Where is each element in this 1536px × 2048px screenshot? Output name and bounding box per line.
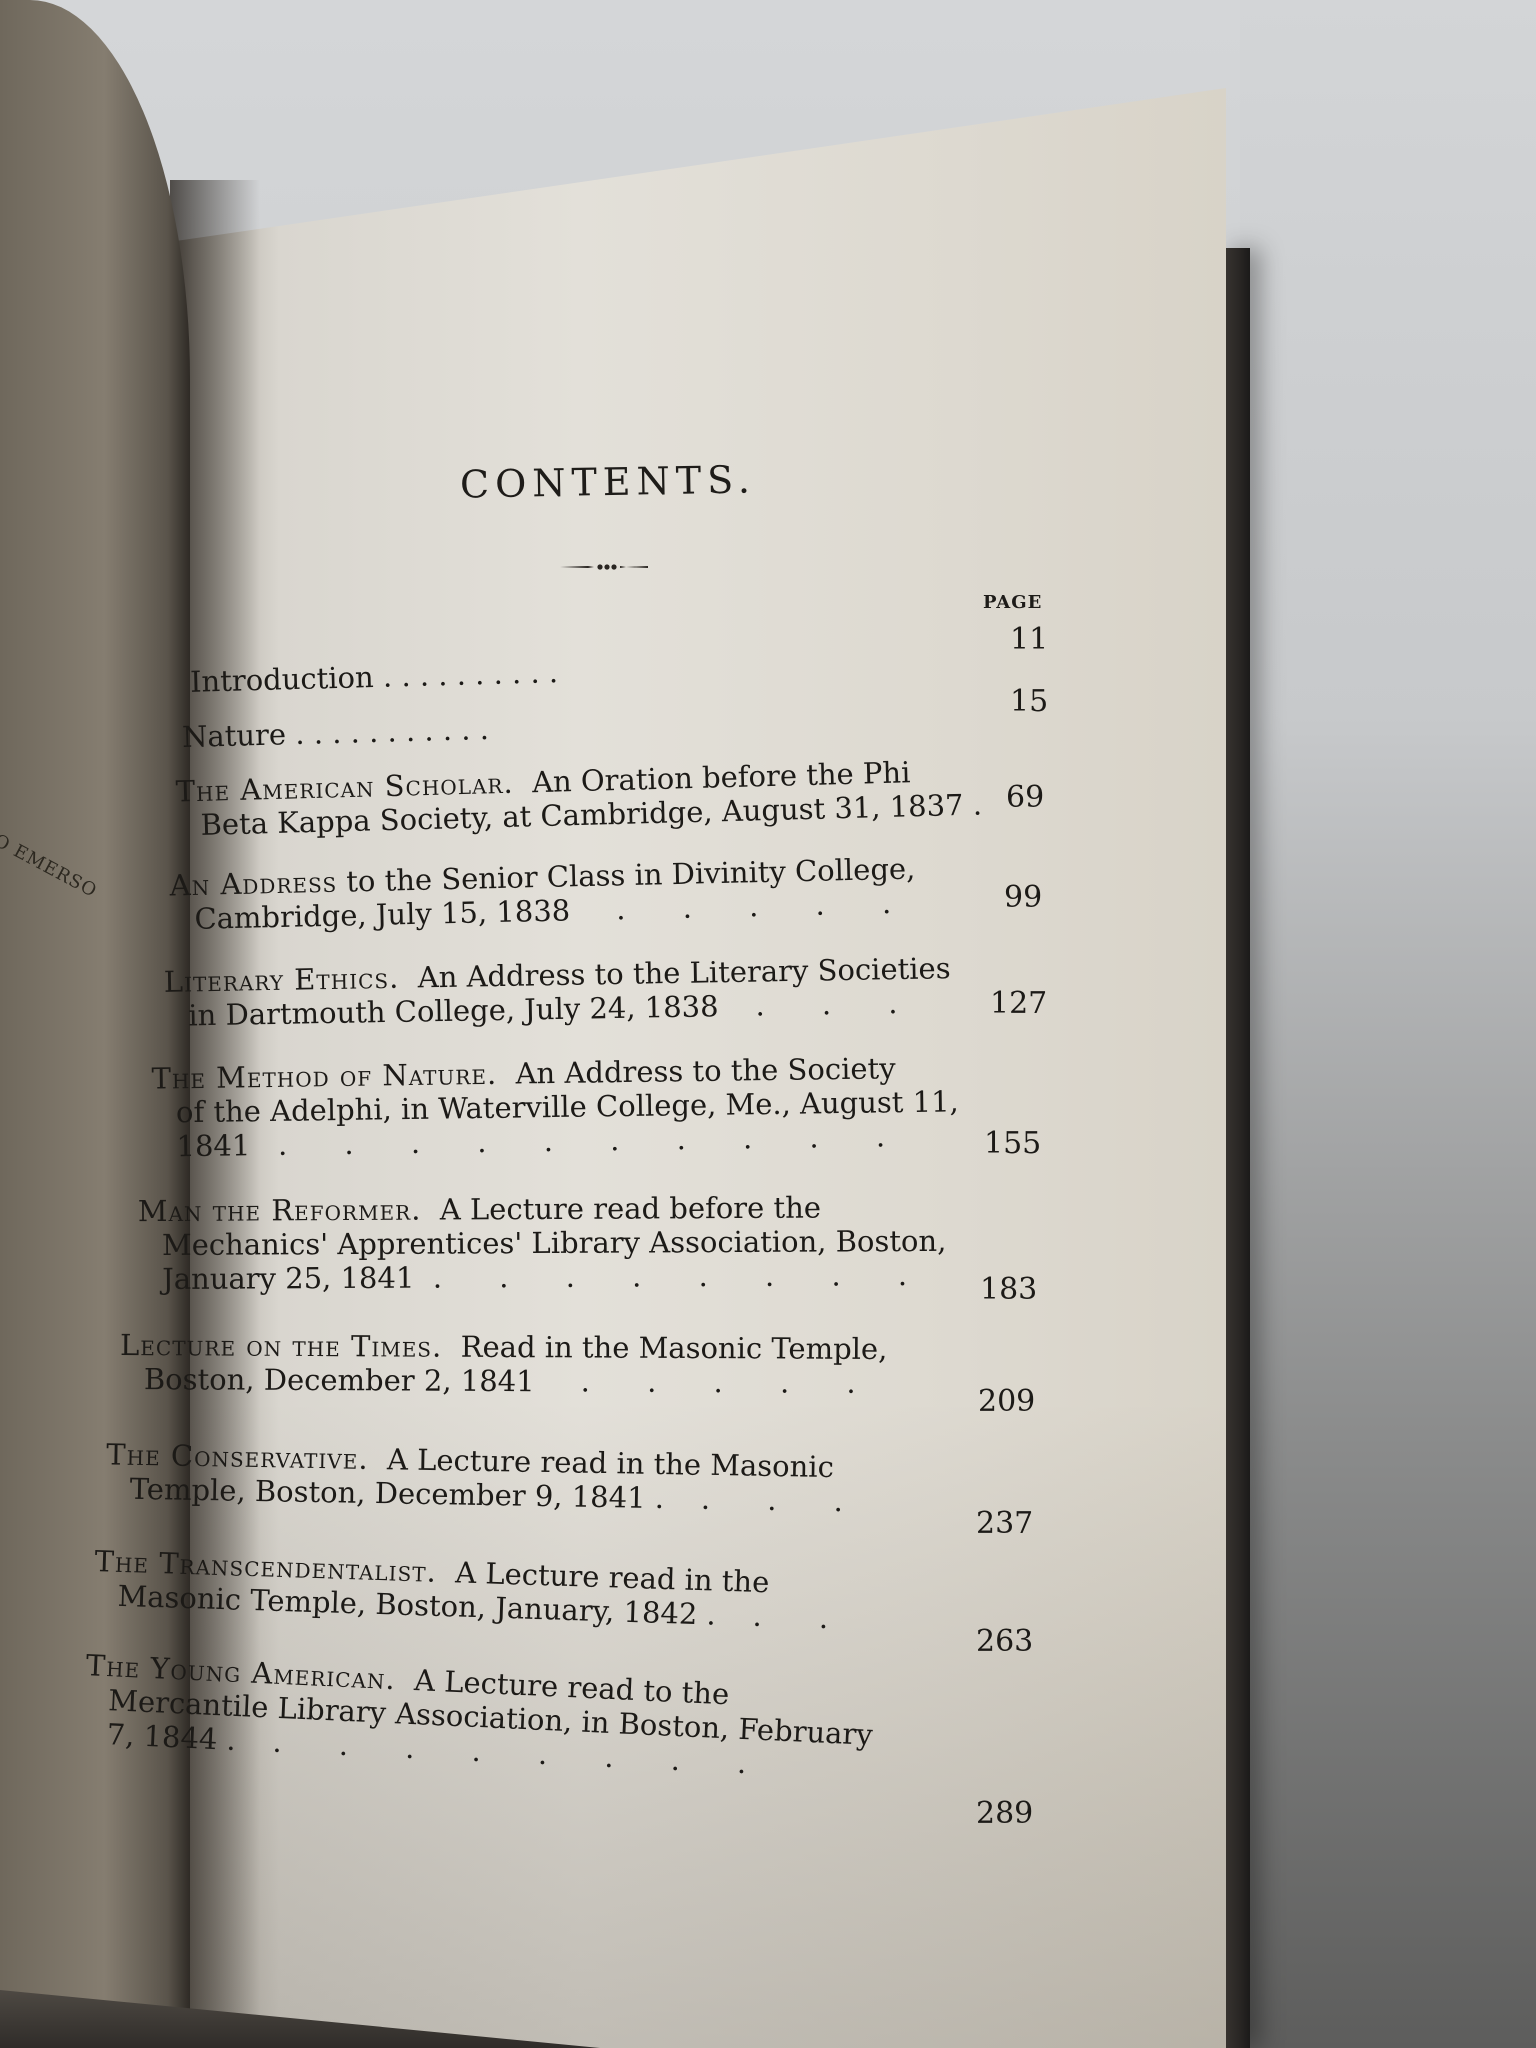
toc-page-number: 99 xyxy=(1004,880,1042,915)
toc-entry-method-of-nature[interactable]: The Method of Nature. An Address to the … xyxy=(151,1050,959,1163)
toc-entry-the-conservative[interactable]: The Conservative. A Lecture read in the … xyxy=(105,1437,867,1518)
toc-page-number: 237 xyxy=(976,1506,1033,1541)
toc-entry-line: 1841 xyxy=(176,1128,250,1163)
toc-entry-title: Lecture on the Times. xyxy=(120,1328,442,1364)
toc-page-number: 263 xyxy=(976,1624,1033,1659)
backdrop-surface xyxy=(1240,0,1536,2048)
toc-entry-line: 7, 1844 . xyxy=(106,1717,237,1757)
toc-entry-line: Read in the Masonic Temple, xyxy=(461,1330,888,1366)
ornament-divider-icon xyxy=(560,562,648,572)
toc-entry-lecture-on-the-times[interactable]: Lecture on the Times. Read in the Masoni… xyxy=(120,1328,888,1400)
toc-entry-line: A Lecture read before the xyxy=(440,1191,821,1227)
toc-page-number: 127 xyxy=(990,986,1047,1021)
toc-page-number: 69 xyxy=(1006,780,1044,815)
toc-page-number: 209 xyxy=(978,1384,1035,1419)
toc-entry-literary-ethics[interactable]: Literary Ethics. An Address to the Liter… xyxy=(163,951,951,1033)
leader-dots: . . . . . . . . xyxy=(433,1258,931,1295)
toc-entry-title: Man the Reformer. xyxy=(138,1193,422,1228)
leader-dots: . . . . . xyxy=(616,886,916,927)
leader-dots: . . . . . xyxy=(581,1364,880,1400)
toc-entry-title: Literary Ethics. xyxy=(163,961,399,999)
page-column-label: PAGE xyxy=(983,592,1042,613)
toc-entry-title: The Conservative. xyxy=(106,1437,369,1476)
toc-entry-line: An Address to the Society xyxy=(515,1051,895,1090)
toc-entry-title: An Address xyxy=(169,865,337,903)
toc-page-number: 183 xyxy=(980,1272,1037,1307)
toc-entry-line: Mechanics' Apprentices' Library Associat… xyxy=(138,1224,947,1262)
page-title: CONTENTS. xyxy=(460,457,757,506)
toc-page-number: 15 xyxy=(1010,684,1048,719)
toc-page-number: 11 xyxy=(1010,622,1048,657)
leader-dots: . . . xyxy=(755,986,922,1023)
toc-page-number: 155 xyxy=(984,1126,1041,1161)
toc-entry-line: Boston, December 2, 1841 xyxy=(144,1362,535,1398)
leader-dots: . . . xyxy=(701,1482,868,1519)
book-cover-edge xyxy=(1222,248,1250,2048)
leader-dots: . . xyxy=(752,1599,853,1636)
toc-entry-man-the-reformer[interactable]: Man the Reformer. A Lecture read before … xyxy=(138,1190,947,1296)
toc-entry-line: January 25, 1841 xyxy=(162,1261,414,1296)
toc-page-number: 289 xyxy=(976,1796,1033,1831)
facing-page-text: O EMERSO xyxy=(0,830,101,902)
toc-entry-title: The Method of Nature. xyxy=(151,1057,497,1096)
